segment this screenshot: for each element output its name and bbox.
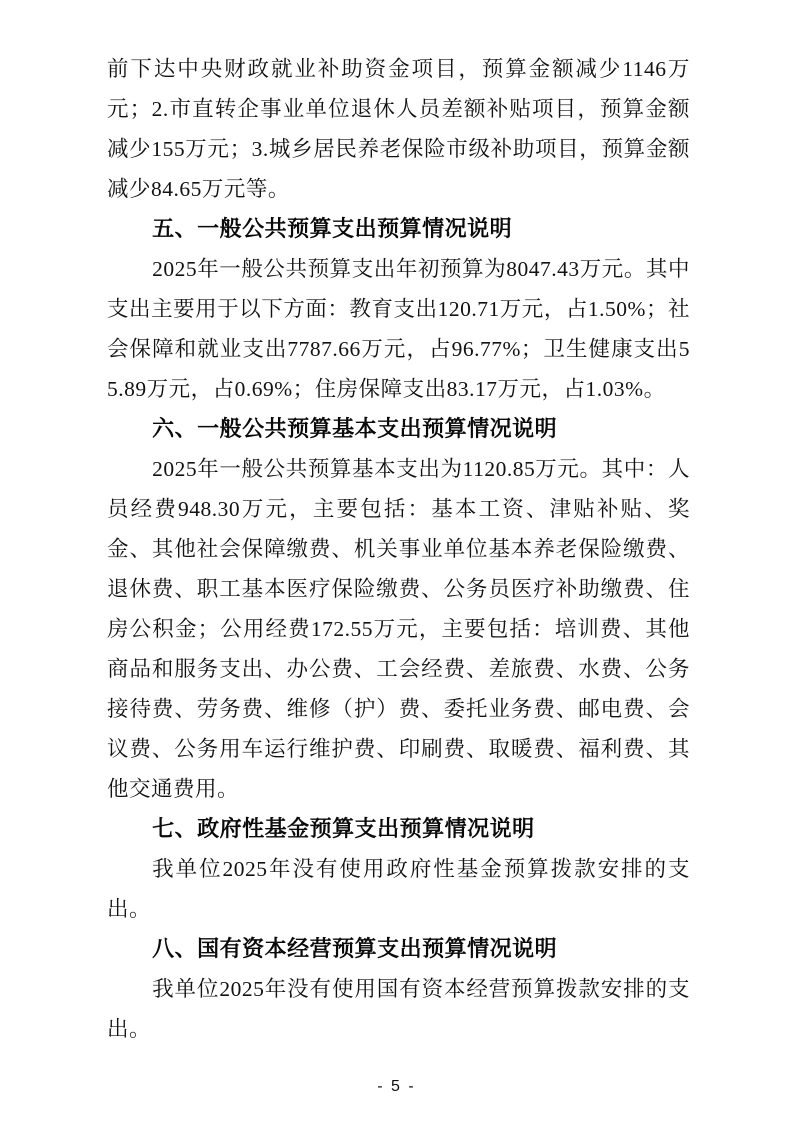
paragraph-state-capital-budget: 我单位2025年没有使用国有资本经营预算拨款安排的支出。 bbox=[107, 969, 690, 1049]
paragraph-basic-expenditure: 2025年一般公共预算基本支出为1120.85万元。其中：人员经费948.30万… bbox=[107, 449, 690, 809]
section-heading-7-government-fund-budget: 七、政府性基金预算支出预算情况说明 bbox=[107, 809, 690, 849]
document-body: 前下达中央财政就业补助资金项目，预算金额减少1146万元；2.市直转企事业单位退… bbox=[107, 49, 690, 1049]
section-heading-6-basic-expenditure: 六、一般公共预算基本支出预算情况说明 bbox=[107, 409, 690, 449]
document-page: 前下达中央财政就业补助资金项目，预算金额减少1146万元；2.市直转企事业单位退… bbox=[0, 0, 793, 1122]
page-number: - 5 - bbox=[377, 1078, 415, 1095]
paragraph-government-fund-budget: 我单位2025年没有使用政府性基金预算拨款安排的支出。 bbox=[107, 849, 690, 929]
section-heading-8-state-capital-budget: 八、国有资本经营预算支出预算情况说明 bbox=[107, 929, 690, 969]
page-footer: - 5 - bbox=[0, 1078, 793, 1096]
section-heading-5-general-public-budget-expenditure: 五、一般公共预算支出预算情况说明 bbox=[107, 209, 690, 249]
paragraph-general-public-budget-expenditure: 2025年一般公共预算支出年初预算为8047.43万元。其中支出主要用于以下方面… bbox=[107, 249, 690, 409]
paragraph-item-decrease-details: 前下达中央财政就业补助资金项目，预算金额减少1146万元；2.市直转企事业单位退… bbox=[107, 49, 690, 209]
